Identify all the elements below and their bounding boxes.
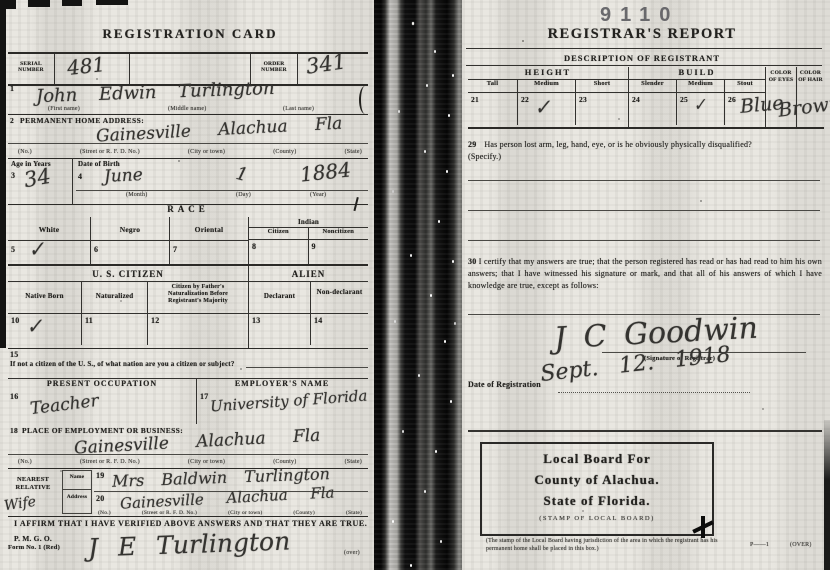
registrars-report-card: 9110 REGISTRAR'S REPORT DESCRIPTION OF R… <box>462 0 830 570</box>
nearest-relative-header: NEAREST RELATIVE <box>8 476 58 493</box>
naturalized-label: Naturalized <box>82 282 148 313</box>
certification-paragraph: 30 I certify that my answers are true; t… <box>468 256 822 292</box>
order-number-value: 341 <box>305 49 348 78</box>
name-item-number: 1 <box>10 84 14 94</box>
declarant-label: Declarant <box>249 282 311 313</box>
height-short-label: Short <box>576 80 628 92</box>
employer-value: University of Florida <box>210 387 368 416</box>
present-occupation-header: PRESENT OCCUPATION <box>8 379 196 389</box>
citizen-by-father-number: 12 <box>151 316 159 326</box>
citizenship-section: U. S. CITIZEN Native Born Naturalized Ci… <box>8 266 368 349</box>
native-born-number: 10 <box>11 316 19 326</box>
nation-item-number: 15 <box>10 350 18 360</box>
race-indian-noncitizen-number: 9 <box>312 242 316 252</box>
last-name-sublabel: (Last name) <box>283 106 314 113</box>
year-sublabel: (Year) <box>310 192 326 199</box>
state-sublabel: (State) <box>345 459 362 466</box>
serial-number-value: 481 <box>66 52 106 80</box>
signature-block: P. M. G. O. Form No. 1 (Red) J E Turling… <box>8 530 368 570</box>
county-sublabel: (County) <box>293 510 314 516</box>
relative-name-label: Name <box>63 471 91 490</box>
build-medium-label: Medium <box>677 80 725 92</box>
build-stout-label: Stout <box>725 80 765 92</box>
answer-line <box>468 210 820 211</box>
employer-item-number: 17 <box>200 392 208 402</box>
over-note: (OVER) <box>790 542 812 549</box>
stamp-line-2: County of Alachua. <box>482 467 712 488</box>
nation-label: If not a citizen of the U. S., of what n… <box>10 360 235 368</box>
disability-specify-label: (Specify.) <box>468 152 824 162</box>
film-edge-mark <box>96 0 128 5</box>
state-sublabel: (State) <box>346 510 362 516</box>
dob-month-value: June <box>104 165 144 187</box>
film-edge-right <box>824 420 830 570</box>
alien-header: ALIEN <box>249 266 368 282</box>
registration-date-label: Date of Registration <box>468 380 541 390</box>
day-sublabel: (Day) <box>236 192 251 199</box>
age-dob-row: Age in Years 3 34 Date of Birth 4 June 1… <box>8 158 368 205</box>
local-board-stamp-box: Local Board For County of Alachua. State… <box>480 442 714 536</box>
build-medium-number: 25 <box>680 95 688 104</box>
registrant-name-value: John Edwin Turlington <box>36 78 275 107</box>
no-sublabel: (No.) <box>18 459 32 466</box>
address-sublabels: (No.) (Street or R. F. D. No.) (City or … <box>18 149 362 156</box>
declarant-number: 13 <box>252 316 260 326</box>
relative-address-number: 20 <box>96 494 104 504</box>
address-item-number: 2 <box>10 116 14 125</box>
race-negro-number: 6 <box>94 245 98 255</box>
employment-item-number: 18 <box>10 426 18 435</box>
registrant-signature-value: J E Turlington <box>88 526 291 562</box>
home-address-row: 2 PERMANENT HOME ADDRESS: Gainesville Al… <box>8 114 368 159</box>
street-sublabel: (Street or R. F. D. No.) <box>80 459 140 466</box>
state-sublabel: (State) <box>345 149 362 156</box>
street-sublabel: (Street or R. F. D. No.) <box>80 149 140 156</box>
over-note: (over) <box>344 550 360 557</box>
film-edge-mark <box>28 0 50 7</box>
race-indian-citizen-number: 8 <box>252 242 256 252</box>
build-medium-checkmark: ✓ <box>692 96 708 114</box>
stamp-caption: (STAMP OF LOCAL BOARD) <box>482 509 712 523</box>
film-edge-mark <box>62 0 82 6</box>
race-oriental-label: Oriental <box>170 217 248 241</box>
month-sublabel: (Month) <box>126 192 147 199</box>
non-declarant-label: Non-declarant <box>311 282 368 313</box>
stamp-line-3: State of Florida. <box>482 488 712 509</box>
city-sublabel: (City or town) <box>188 149 225 156</box>
description-of-registrant-header: DESCRIPTION OF REGISTRANT <box>492 53 792 63</box>
height-medium-number: 22 <box>521 95 529 104</box>
nation-row: 15 If not a citizen of the U. S., of wha… <box>8 350 368 379</box>
serial-number-label: SERIAL NUMBER <box>8 54 54 84</box>
film-edge-mark <box>0 0 16 9</box>
race-oriental-number: 7 <box>173 245 177 255</box>
city-sublabel: (City or town) <box>228 510 262 516</box>
citizen-by-father-label: Citizen by Father's Naturalization Befor… <box>148 282 248 313</box>
occupation-item-number: 16 <box>10 392 18 402</box>
dob-item-number: 4 <box>78 172 82 182</box>
build-slender-label: Slender <box>629 80 677 92</box>
scanned-draft-registration-document: REGISTRATION CARD SERIAL NUMBER 481 ORDE… <box>0 0 830 570</box>
race-indian-citizen-label: Citizen <box>249 228 309 239</box>
registrars-report-title: REGISTRAR'S REPORT <box>492 26 792 43</box>
street-sublabel: (Street or R. F. D. No.) <box>142 510 197 516</box>
race-section: RACE White 5 ✓ Negro 6 Oriental 7 Indian <box>8 204 368 266</box>
scan-scratch-mark <box>359 86 371 114</box>
affirmation-statement: I AFFIRM THAT I HAVE VERIFIED ABOVE ANSW… <box>14 519 367 529</box>
certify-text: I certify that my answers are true; that… <box>468 257 822 290</box>
no-sublabel: (No.) <box>98 510 111 516</box>
relative-relation-value: Wife <box>3 494 37 514</box>
height-tall-label: Tall <box>468 80 518 92</box>
relative-address-sublabels: (No.) (Street or R. F. D. No.) (City or … <box>98 510 362 516</box>
race-table: White 5 ✓ Negro 6 Oriental 7 Indian Citi… <box>8 217 368 266</box>
answer-line <box>468 314 820 315</box>
native-born-label: Native Born <box>8 282 82 313</box>
age-item-number: 3 <box>11 171 15 181</box>
race-white-number: 5 <box>11 245 15 255</box>
race-white-checkmark: ✓ <box>27 238 46 260</box>
city-sublabel: (City or town) <box>188 459 225 466</box>
race-indian-header: Indian <box>249 217 368 228</box>
disability-question: 29 Has person lost arm, leg, hand, eye, … <box>468 134 824 162</box>
first-name-sublabel: (First name) <box>48 106 80 113</box>
relative-name-number: 19 <box>96 471 104 481</box>
occupation-section: PRESENT OCCUPATION EMPLOYER'S NAME 16 Te… <box>8 378 368 424</box>
disability-label: Has person lost arm, leg, hand, eye, or … <box>484 140 752 149</box>
registration-card: REGISTRATION CARD SERIAL NUMBER 481 ORDE… <box>0 0 374 570</box>
dob-year-value: 1884 <box>299 157 352 186</box>
scan-corner-mark <box>694 518 710 538</box>
middle-name-sublabel: (Middle name) <box>168 106 206 113</box>
disability-item-number: 29 <box>468 140 476 149</box>
county-sublabel: (County) <box>273 149 296 156</box>
form-code-line2: Form No. 1 (Red) <box>8 544 60 552</box>
height-header: HEIGHT <box>468 67 628 80</box>
form-code-line1: P. M. G. O. <box>14 534 52 543</box>
race-white-label: White <box>8 217 90 241</box>
stamp-instruction-note: (The stamp of the Local Board having jur… <box>486 538 738 554</box>
registration-card-title: REGISTRATION CARD <box>40 26 340 42</box>
home-address-label: PERMANENT HOME ADDRESS: <box>20 116 144 125</box>
naturalized-number: 11 <box>85 316 93 326</box>
native-born-checkmark: ✓ <box>25 315 44 337</box>
film-binding-strip <box>374 0 462 570</box>
date-line <box>558 392 750 393</box>
build-slender-number: 24 <box>632 95 640 104</box>
film-specks <box>412 22 414 25</box>
no-sublabel: (No.) <box>18 149 32 156</box>
stamp-line-1: Local Board For <box>482 444 712 467</box>
build-header: BUILD <box>629 67 765 80</box>
film-edge-bar <box>0 0 6 348</box>
race-negro-label: Negro <box>91 217 169 241</box>
certify-item-number: 30 <box>468 257 476 266</box>
name-row: 1 John Edwin Turlington (First name) (Mi… <box>8 82 368 115</box>
occupation-value: Teacher <box>29 391 100 419</box>
employers-name-header: EMPLOYER'S NAME <box>196 379 368 389</box>
race-indian-noncitizen-label: Noncitizen <box>309 228 369 239</box>
race-header: RACE <box>8 204 368 215</box>
age-value: 34 <box>22 164 52 192</box>
stamped-serial-number: 9110 <box>600 4 679 27</box>
nearest-relative-row: NEAREST RELATIVE Wife Name Address 19 Mr… <box>8 468 368 517</box>
height-medium-label: Medium <box>518 80 576 92</box>
build-stout-number: 26 <box>728 95 736 104</box>
us-citizen-header: U. S. CITIZEN <box>8 266 248 282</box>
non-declarant-number: 14 <box>314 316 322 326</box>
employment-place-row: 18 PLACE OF EMPLOYMENT OR BUSINESS: Gain… <box>8 424 368 469</box>
dob-day-value: 1 <box>234 163 250 186</box>
height-short-number: 23 <box>579 95 587 104</box>
height-tall-number: 21 <box>471 95 479 104</box>
answer-line <box>468 240 820 241</box>
form-print-code: P——1 <box>750 542 769 549</box>
answer-line <box>468 180 820 181</box>
relative-address-label: Address <box>63 490 91 500</box>
height-medium-checkmark: ✓ <box>533 96 552 118</box>
